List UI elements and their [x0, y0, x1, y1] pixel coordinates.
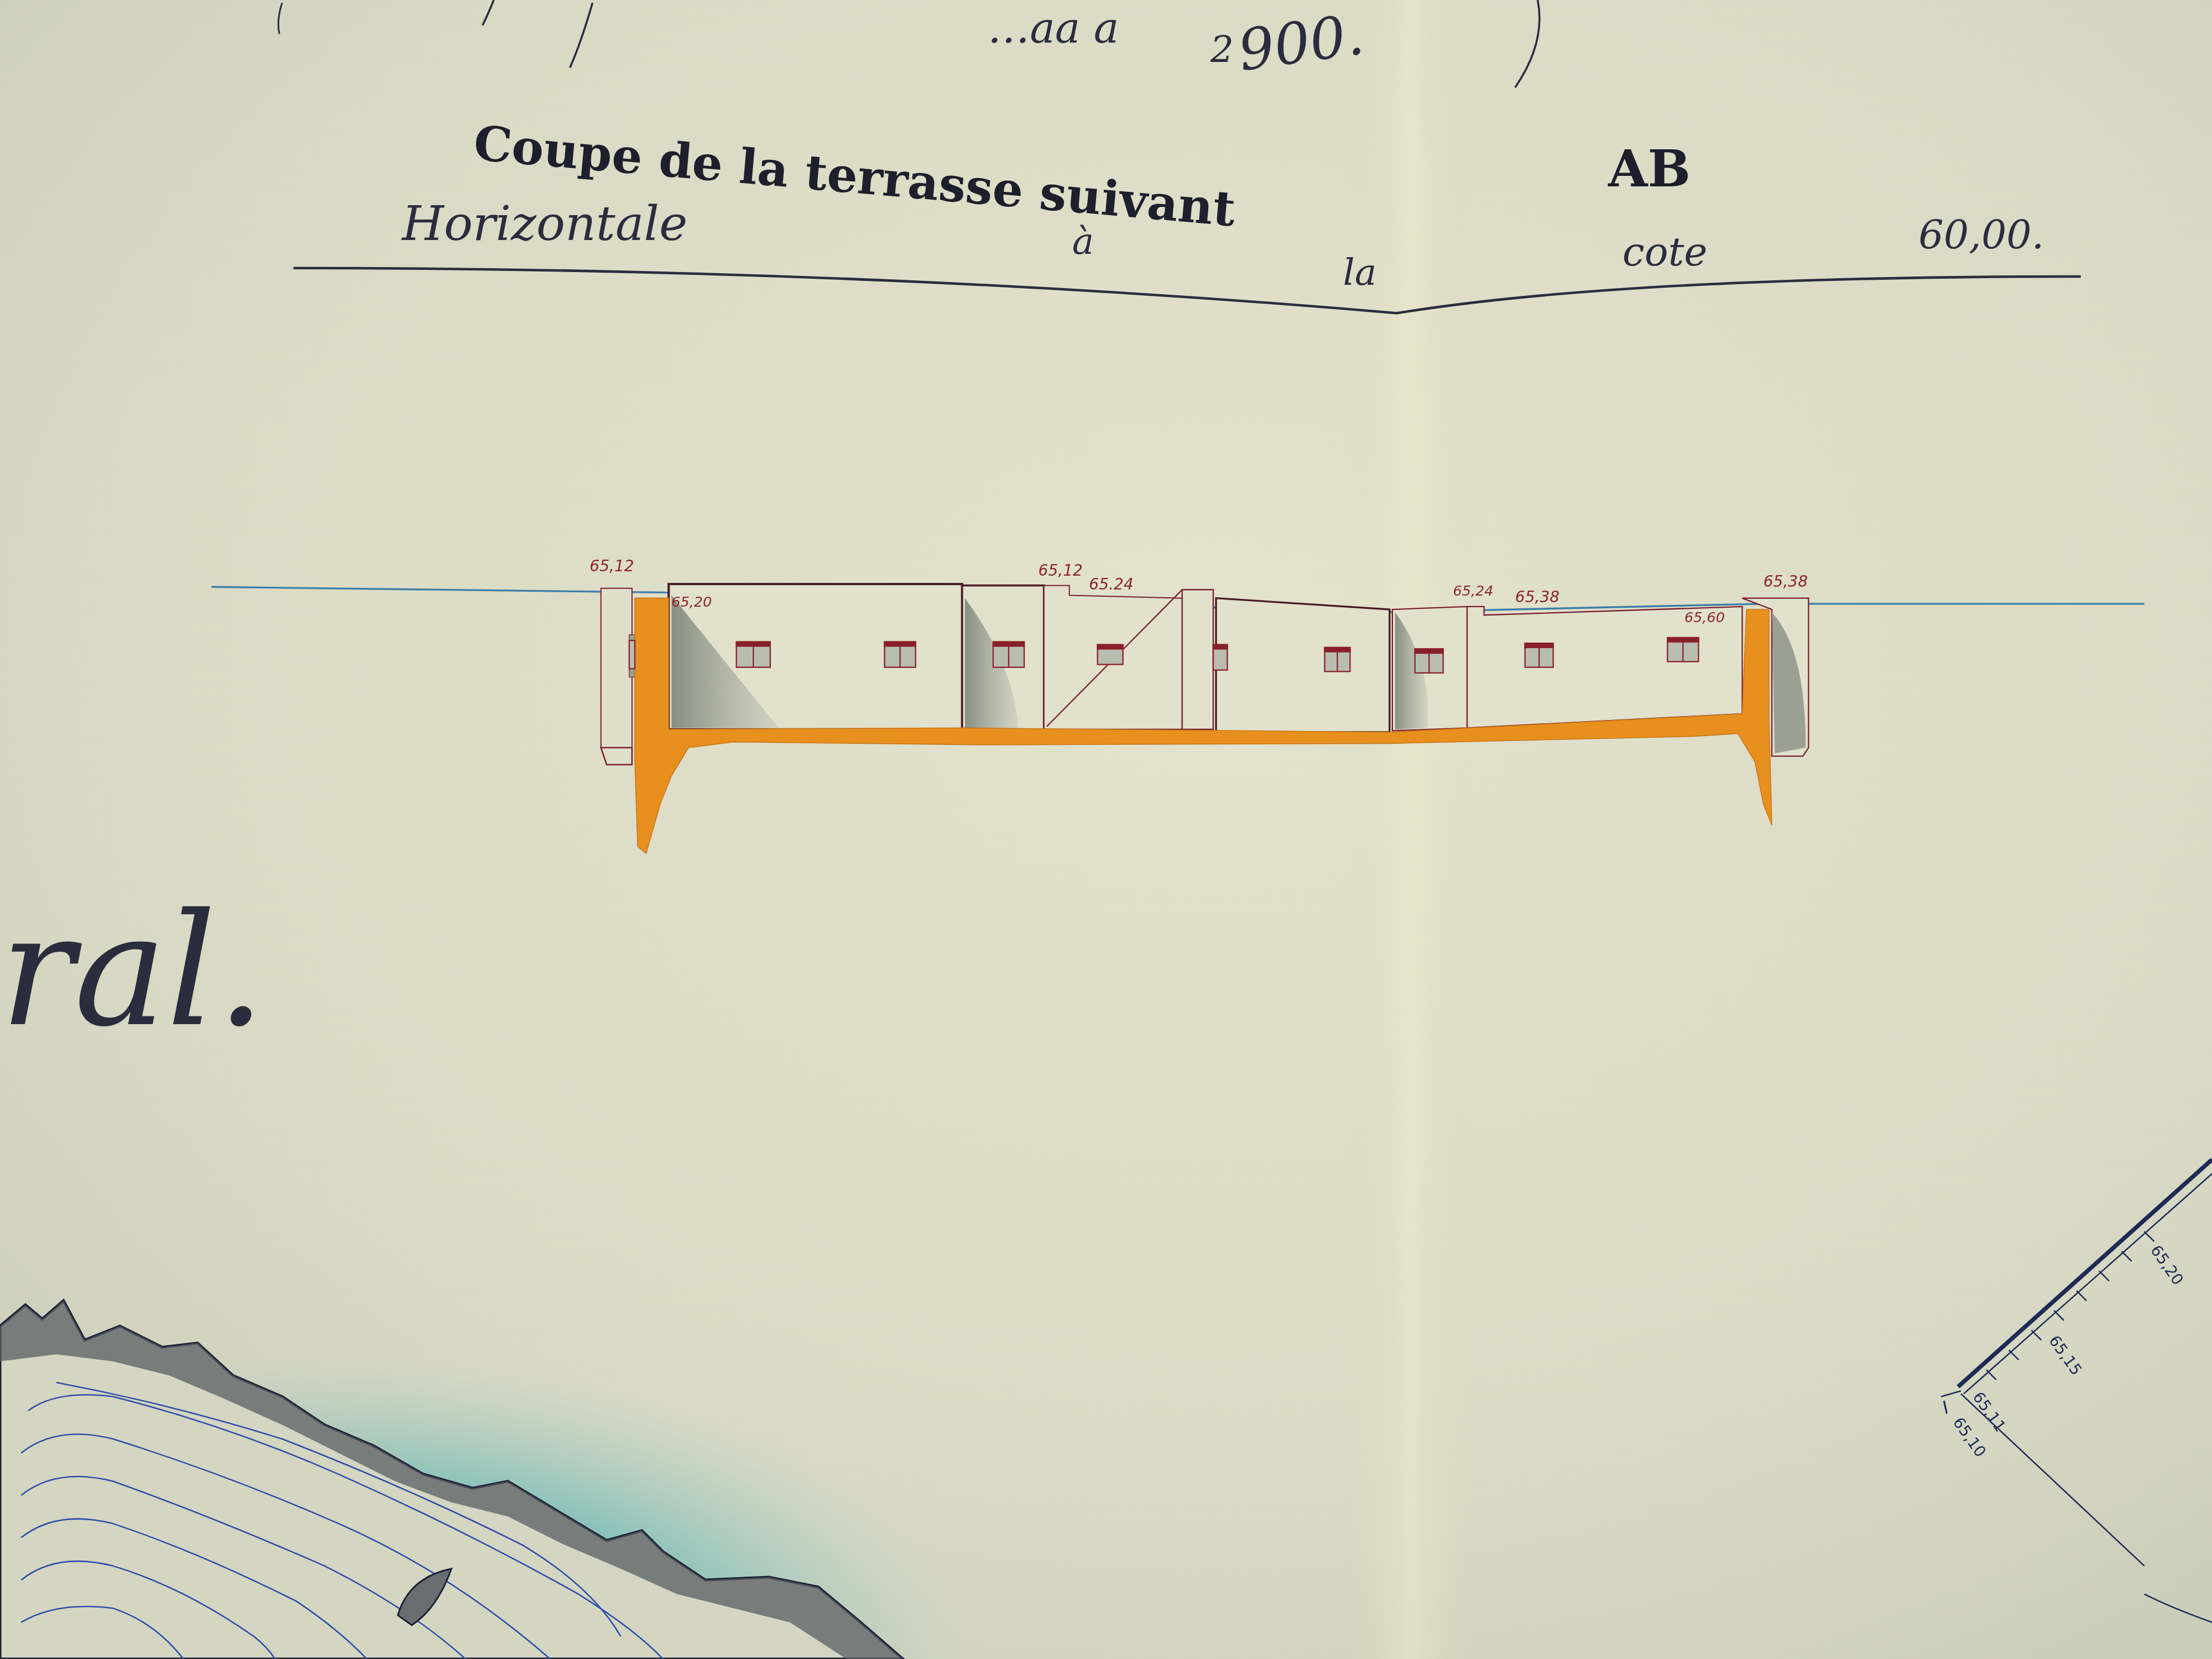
window: [1667, 638, 1698, 661]
scale-numerator: 2: [1210, 28, 1234, 71]
plan-sheet: …aa a 2 900. Coupe de la terrasse suivan…: [0, 0, 2212, 1659]
elevation-label: 65,12: [1039, 561, 1083, 580]
elevation-label: 65.24: [1089, 575, 1133, 593]
window: [884, 642, 915, 667]
window: [1213, 645, 1228, 670]
elevation-label: 65,60: [1684, 609, 1725, 626]
elevation-label: 65,38: [1515, 588, 1559, 606]
window: [1324, 648, 1350, 671]
section-label-ab: AB: [1608, 139, 1691, 199]
subtitle-word-horizontale: Horizontale: [401, 196, 687, 252]
side-title-fragment: ral.: [0, 881, 265, 1061]
elevation-label: 65,20: [671, 594, 712, 611]
map-fragment: [0, 1157, 1072, 1659]
elevation-label: 65,12: [589, 557, 634, 575]
window: [1525, 643, 1553, 667]
subtitle-word-a: à: [1072, 220, 1094, 263]
window: [1098, 645, 1123, 665]
paper-fold: [1347, 0, 1474, 1659]
subtitle-word-la: la: [1343, 251, 1377, 294]
window: [1415, 649, 1443, 672]
window: [629, 640, 635, 669]
window: [993, 642, 1024, 667]
elevation-label: 65,38: [1764, 572, 1808, 591]
header-partial-text: …aa a: [988, 4, 1119, 53]
subtitle-word-cote-value: 60,00.: [1918, 212, 2044, 258]
subtitle-word-cote: cote: [1623, 229, 1708, 275]
window: [737, 642, 770, 667]
elevation-label: 65,24: [1453, 583, 1494, 599]
